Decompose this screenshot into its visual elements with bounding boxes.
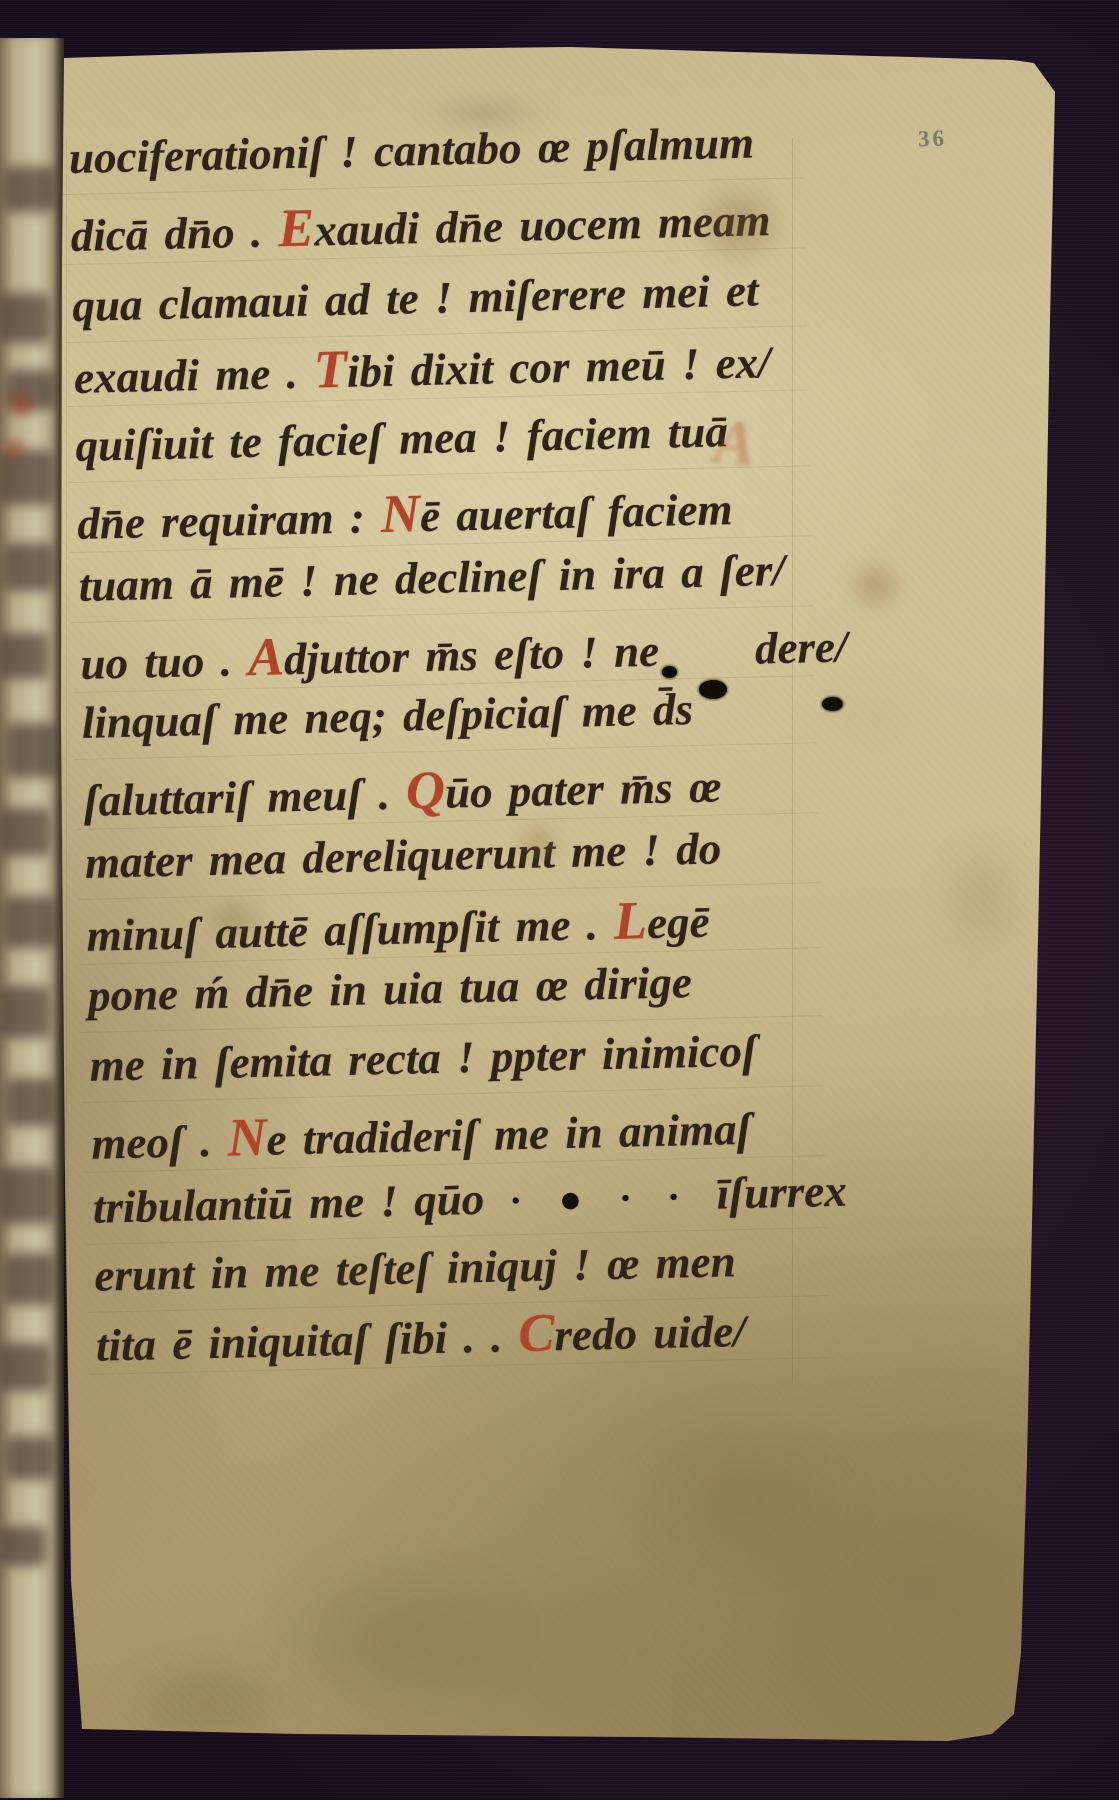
stain	[843, 556, 907, 616]
facing-text-fragment	[0, 1526, 46, 1566]
facing-text-fragment-red	[10, 394, 32, 414]
facing-text-fragment	[0, 808, 50, 856]
parchment-hole	[822, 697, 843, 711]
facing-text-fragment	[6, 723, 58, 778]
facing-text-fragment	[4, 166, 56, 212]
facing-page-edge	[0, 38, 64, 1798]
parchment-hole	[699, 680, 727, 699]
facing-text-fragment	[6, 1436, 54, 1480]
facing-text-fragment	[0, 633, 48, 679]
facing-text-fragment-red	[6, 440, 24, 456]
facing-text-fragment	[0, 293, 50, 343]
facing-text-fragment	[0, 1343, 50, 1391]
stain	[513, 818, 565, 868]
red-offset-mark: A	[712, 407, 758, 481]
artifact-layer: A	[0, 0, 1119, 1800]
facing-text-fragment	[0, 1166, 54, 1224]
parchment-hole	[662, 666, 677, 678]
stain	[420, 92, 550, 134]
stain	[935, 835, 1030, 960]
stain	[688, 180, 788, 268]
stain	[203, 898, 265, 940]
manuscript-page: uociferationiſ ! cantabo œ pſalmumdicā d…	[0, 0, 1119, 1800]
facing-text-fragment	[0, 450, 54, 505]
facing-text-fragment	[4, 1253, 54, 1305]
facing-text-fragment	[4, 543, 54, 591]
facing-text-fragment	[0, 986, 50, 1038]
facing-text-fragment	[4, 896, 56, 948]
stain	[630, 1430, 860, 1575]
facing-text-fragment	[6, 1078, 56, 1126]
